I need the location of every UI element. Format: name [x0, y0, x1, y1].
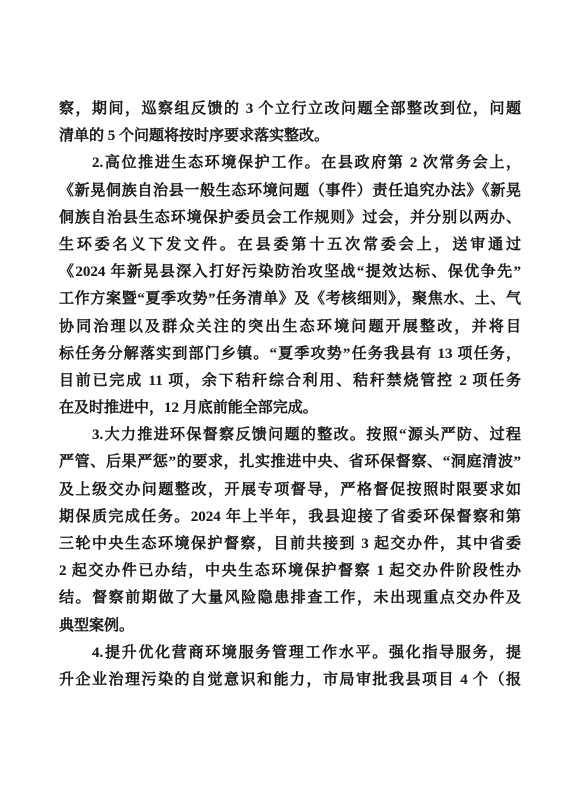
text-line: 目前已完成 11 项，余下秸秆综合利用、秸秆禁烧管控 2 项任务: [59, 368, 521, 395]
text-line: 工作方案暨“夏季攻势”任务清单》及《考核细则》，聚焦水、土、气: [59, 286, 521, 313]
text-line: 《2024 年新晃县深入打好污染防治攻坚战“提效达标、保优争先”: [59, 259, 521, 286]
text-line: 期保质完成任务。2024 年上半年，我县迎接了省委环保督察和第: [59, 504, 521, 531]
text-line: 及上级交办问题整改，开展专项督导，严格督促按照时限要求如: [59, 477, 521, 504]
text-line: 生环委名义下发文件。在县委第十五次常委会上，送审通过: [59, 232, 521, 259]
text-line: 升企业治理污染的自觉意识和能力，市局审批我县项目 4 个（报: [59, 667, 521, 694]
document-page: 察，期间，巡察组反馈的 3 个立行立改问题全部整改到位，问题清单的 5 个问题将…: [0, 0, 570, 807]
text-line: 三轮中央生态环境保护督察，目前共接到 3 起交办件，其中省委: [59, 531, 521, 558]
text-line: 严管、后果严惩”的要求，扎实推进中央、省环保督察、“洞庭清波”: [59, 449, 521, 476]
text-line: 2 起交办件已办结，中央生态环境保护督察 1 起交办件阶段性办: [59, 558, 521, 585]
text-line: 《新晃侗族自治县一般生态环境问题（事件）责任追究办法》《新晃: [59, 178, 521, 205]
text-line: 清单的 5 个问题将按时序要求落实整改。: [59, 123, 521, 150]
text-line: 标任务分解落实到部门乡镇。“夏季攻势”任务我县有 13 项任务，: [59, 341, 521, 368]
text-line: 察，期间，巡察组反馈的 3 个立行立改问题全部整改到位，问题: [59, 96, 521, 123]
text-line: 典型案例。: [59, 613, 521, 640]
text-line: 在及时推进中，12 月底前能全部完成。: [59, 395, 521, 422]
text-line: 2.高位推进生态环境保护工作。在县政府第 2 次常务会上，: [59, 150, 521, 177]
document-body: 察，期间，巡察组反馈的 3 个立行立改问题全部整改到位，问题清单的 5 个问题将…: [59, 96, 521, 694]
text-line: 结。督察前期做了大量风险隐患排查工作，未出现重点交办件及: [59, 585, 521, 612]
text-line: 侗族自治县生态环境保护委员会工作规则》过会，并分别以两办、: [59, 205, 521, 232]
text-line: 协同治理以及群众关注的突出生态环境问题开展整改，并将目: [59, 314, 521, 341]
text-line: 4.提升优化营商环境服务管理工作水平。强化指导服务，提: [59, 640, 521, 667]
text-line: 3.大力推进环保督察反馈问题的整改。按照“源头严防、过程: [59, 422, 521, 449]
